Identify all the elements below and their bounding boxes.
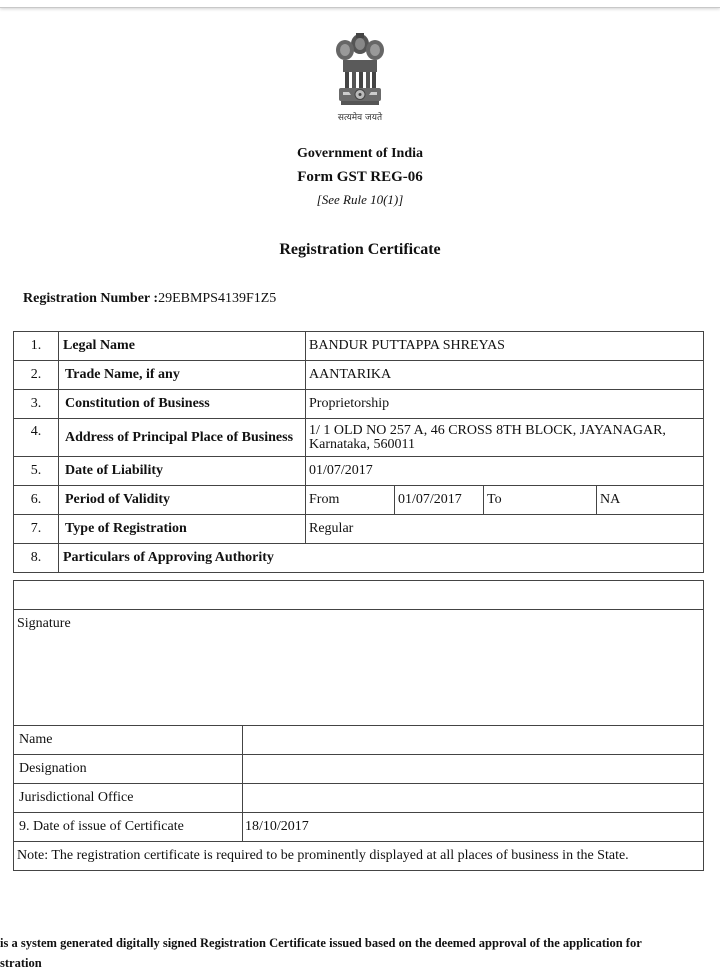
designation-label: Designation xyxy=(14,755,243,784)
table-row: Signature xyxy=(14,610,704,726)
row-label: Constitution of Business xyxy=(59,390,306,419)
row-label: Address of Principal Place of Business xyxy=(59,419,306,457)
row-number: 5. xyxy=(14,457,59,486)
validity-from-value: 01/07/2017 xyxy=(395,486,484,515)
registration-number-label: Registration Number : xyxy=(23,291,158,306)
address-value: 1/ 1 OLD NO 257 A, 46 CROSS 8TH BLOCK, J… xyxy=(306,419,704,457)
row-number: 8. xyxy=(14,544,59,573)
legal-name-value: BANDUR PUTTAPPA SHREYAS xyxy=(306,332,704,361)
signature-label: Signature xyxy=(14,610,704,726)
blank-cell xyxy=(14,581,704,610)
table-row: 7. Type of Registration Regular xyxy=(14,515,704,544)
registration-details-table: 1. Legal Name BANDUR PUTTAPPA SHREYAS 2.… xyxy=(13,331,704,573)
issue-date-value: 18/10/2017 xyxy=(243,813,704,842)
row-number: 2. xyxy=(14,361,59,390)
rule-reference: [See Rule 10(1)] xyxy=(0,192,720,208)
national-emblem-icon xyxy=(329,28,391,112)
issue-date-label: 9. Date of issue of Certificate xyxy=(14,813,243,842)
registration-number: Registration Number :29EBMPS4139F1Z5 xyxy=(23,291,276,307)
row-number: 1. xyxy=(14,332,59,361)
table-row xyxy=(14,581,704,610)
jurisdictional-office-label: Jurisdictional Office xyxy=(14,784,243,813)
form-heading: Form GST REG-06 xyxy=(0,169,720,186)
row-number: 4. xyxy=(14,419,59,457)
trade-name-value: AANTARIKA xyxy=(306,361,704,390)
table-row: 3. Constitution of Business Proprietorsh… xyxy=(14,390,704,419)
designation-value xyxy=(243,755,704,784)
row-label: Legal Name xyxy=(59,332,306,361)
validity-to-value: NA xyxy=(597,486,704,515)
table-row: Name xyxy=(14,726,704,755)
row-number: 6. xyxy=(14,486,59,515)
motto-text: सत्यमेव जयते xyxy=(0,110,720,123)
row-number: 3. xyxy=(14,390,59,419)
row-label: Period of Validity xyxy=(59,486,306,515)
jurisdictional-office-value xyxy=(243,784,704,813)
viewer-top-bar xyxy=(0,0,720,8)
table-row: 6. Period of Validity From 01/07/2017 To… xyxy=(14,486,704,515)
table-row: Note: The registration certificate is re… xyxy=(14,842,704,871)
validity-to-label: To xyxy=(484,486,597,515)
row-label: Particulars of Approving Authority xyxy=(59,544,704,573)
row-label: Date of Liability xyxy=(59,457,306,486)
row-label: Type of Registration xyxy=(59,515,306,544)
footer-line-1: is a system generated digitally signed R… xyxy=(0,933,642,953)
validity-from-label: From xyxy=(306,486,395,515)
table-row: 5. Date of Liability 01/07/2017 xyxy=(14,457,704,486)
table-row: 4. Address of Principal Place of Busines… xyxy=(14,419,704,457)
table-row: 2. Trade Name, if any AANTARIKA xyxy=(14,361,704,390)
table-row: Jurisdictional Office xyxy=(14,784,704,813)
government-heading: Government of India xyxy=(0,146,720,162)
table-row: 1. Legal Name BANDUR PUTTAPPA SHREYAS xyxy=(14,332,704,361)
display-note: Note: The registration certificate is re… xyxy=(14,842,704,871)
name-value xyxy=(243,726,704,755)
table-row: 8. Particulars of Approving Authority xyxy=(14,544,704,573)
registration-type-value: Regular xyxy=(306,515,704,544)
row-number: 7. xyxy=(14,515,59,544)
certificate-title: Registration Certificate xyxy=(0,241,720,259)
row-label: Trade Name, if any xyxy=(59,361,306,390)
approving-authority-table: Signature Name Designation Jurisdictiona… xyxy=(13,580,704,871)
table-row: Designation xyxy=(14,755,704,784)
date-of-liability-value: 01/07/2017 xyxy=(306,457,704,486)
name-label: Name xyxy=(14,726,243,755)
registration-number-value: 29EBMPS4139F1Z5 xyxy=(158,291,276,306)
row-label-text: Address of Principal Place of Business xyxy=(63,430,293,445)
constitution-value: Proprietorship xyxy=(306,390,704,419)
table-row: 9. Date of issue of Certificate 18/10/20… xyxy=(14,813,704,842)
footer-line-2: stration xyxy=(0,953,42,973)
